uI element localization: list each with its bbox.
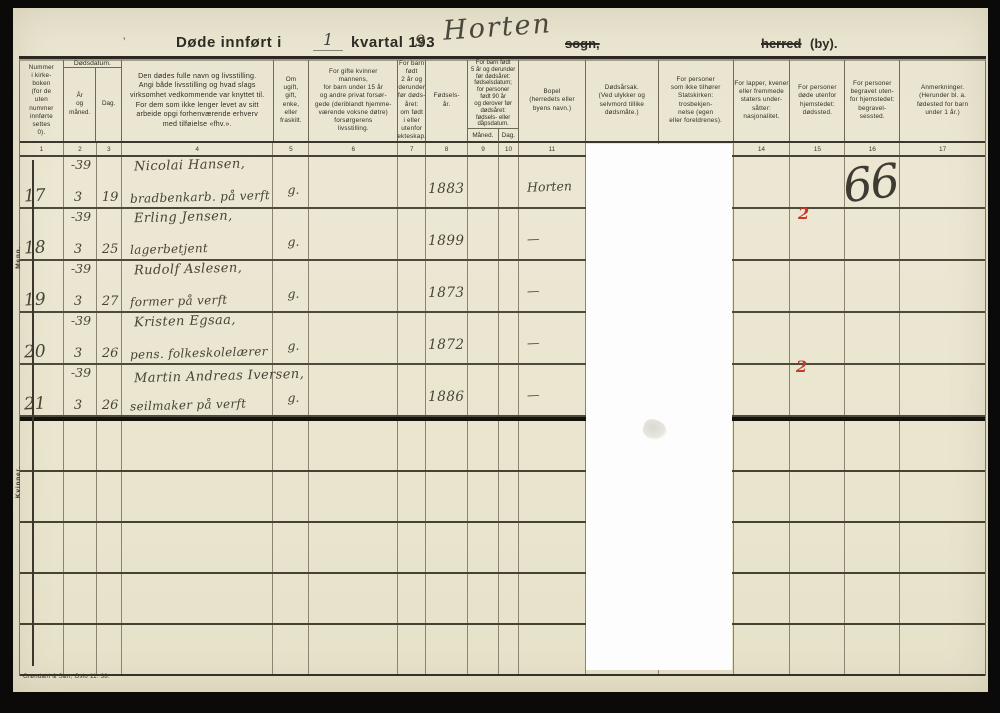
by-label: (by).	[810, 36, 837, 51]
cell-child	[398, 313, 426, 363]
cell-empty	[790, 523, 845, 572]
cell-empty	[468, 523, 499, 572]
col-num-3: 3	[97, 143, 122, 155]
handwritten-66-mark: 66	[840, 153, 901, 213]
cell-empty	[468, 574, 499, 623]
cell-empty	[309, 625, 398, 674]
cell-death-place	[790, 157, 845, 207]
place-name-handwritten: Horten	[442, 8, 553, 47]
cell-number: 17	[20, 157, 64, 207]
death-month: 3	[74, 190, 82, 205]
column-number-row: 1 2 3 4 5 6 7 8 9 10 11 12 13 14 15 16 1…	[20, 143, 985, 157]
cell-empty	[845, 625, 900, 674]
death-month: 3	[74, 242, 82, 257]
cell-day: 19	[97, 157, 122, 207]
cell-empty	[519, 472, 586, 521]
death-day: 27	[102, 294, 119, 309]
header-number: Nummer i kirke- boken (for de uten numme…	[20, 60, 64, 141]
cell-child	[398, 157, 426, 207]
section-label-women: Kvinner.	[15, 466, 22, 498]
cell-burial-place	[845, 209, 900, 259]
cell-provider	[309, 157, 398, 207]
deceased-occupation: lagerbetjent	[130, 241, 208, 257]
cell-empty	[20, 625, 64, 674]
row-number-handwritten: 17	[23, 185, 46, 206]
cell-residence: Horten	[519, 157, 586, 207]
marital-status: g.	[287, 390, 299, 405]
death-day: 26	[102, 398, 119, 413]
cell-empty	[97, 523, 122, 572]
cell-empty	[734, 472, 791, 521]
cell-empty	[900, 625, 985, 674]
table-top-rule	[19, 56, 986, 59]
cell-remarks	[900, 365, 985, 415]
cell-empty	[398, 625, 426, 674]
cell-name: Martin Andreas Iversen,seilmaker på verf…	[122, 365, 274, 415]
cell-empty	[20, 421, 64, 470]
cell-empty	[398, 472, 426, 521]
cell-nationality	[734, 209, 791, 259]
cell-provider	[309, 209, 398, 259]
residence: —	[527, 335, 540, 350]
header-nationality: For lapper, kvener eller fremmede stater…	[734, 60, 791, 141]
cell-nationality	[734, 261, 791, 311]
col-num-7: 7	[398, 143, 426, 155]
cell-empty	[309, 574, 398, 623]
cell-empty	[519, 523, 586, 572]
cell-empty	[64, 625, 97, 674]
cell-empty	[519, 625, 586, 674]
cell-name: Nicolai Hansen,bradbenkarb. på verft	[122, 157, 274, 207]
red-pencil-mark: 2	[796, 357, 807, 376]
cell-empty	[734, 421, 791, 470]
cell-remarks	[900, 157, 985, 207]
cell-empty	[398, 421, 426, 470]
cell-provider	[309, 261, 398, 311]
header-marital-status: Om ugift, gift, enke, eller fraskilt.	[274, 60, 310, 141]
marital-status: g.	[287, 182, 299, 197]
cell-empty	[122, 421, 274, 470]
death-month: 3	[74, 294, 82, 309]
cell-child	[398, 209, 426, 259]
cell-empty	[790, 421, 845, 470]
cell-empty	[97, 625, 122, 674]
death-day: 26	[102, 346, 119, 361]
cell-empty	[122, 472, 274, 521]
residence: Horten	[527, 178, 572, 195]
header-birth-date-group: For barn født 5 år og derunder før dødså…	[468, 60, 519, 141]
cell-empty	[64, 472, 97, 521]
empty-row	[20, 625, 985, 676]
marital-status: g.	[287, 234, 299, 249]
table-row: 21 -393 26 Martin Andreas Iversen,seilma…	[20, 365, 985, 417]
cell-number: 21	[20, 365, 64, 415]
cell-day: 26	[97, 365, 122, 415]
year-digit-handwritten: 9	[415, 31, 425, 50]
cell-empty	[122, 523, 274, 572]
cell-empty	[64, 574, 97, 623]
empty-row	[20, 421, 985, 472]
table-row: 20 -393 26 Kristen Egsaa,pens. folkeskol…	[20, 313, 985, 365]
cell-name: Erling Jensen,lagerbetjent	[122, 209, 274, 259]
birth-year: 1872	[428, 337, 464, 353]
cell-empty	[273, 625, 309, 674]
cell-birth-day	[499, 157, 519, 207]
cell-remarks	[900, 261, 985, 311]
cell-burial-place	[845, 313, 900, 363]
cell-empty	[20, 574, 64, 623]
cell-name: Rudolf Aslesen,former på verft	[122, 261, 274, 311]
row-number-handwritten: 21	[23, 393, 46, 414]
death-year: -39	[71, 261, 91, 276]
deceased-name: Nicolai Hansen,	[134, 157, 246, 175]
deceased-occupation: pens. folkeskolelærer	[130, 344, 268, 362]
cell-empty	[273, 574, 309, 623]
empty-row	[20, 574, 985, 625]
header-residence: Bopel (herredets eller byens navn.)	[519, 60, 586, 141]
empty-row	[20, 523, 985, 574]
death-date-subheaders: År og måned. Dag.	[64, 68, 121, 141]
cell-death-place	[790, 261, 845, 311]
cell-status: g.	[273, 209, 309, 259]
scanned-death-register-page: { "title": { "main": "Døde innført i", "…	[0, 0, 1000, 713]
cell-residence: —	[519, 313, 586, 363]
col-num-2: 2	[64, 143, 97, 155]
col-num-6: 6	[309, 143, 398, 155]
col-num-5: 5	[273, 143, 309, 155]
col-num-17: 17	[900, 143, 985, 155]
cell-empty	[468, 625, 499, 674]
header-birth-date-note: For barn født 5 år og derunder før dødså…	[468, 60, 518, 128]
header-death-place: For personer døde utenfor hjemstedet: dø…	[790, 60, 845, 141]
cell-empty	[426, 421, 468, 470]
cell-birth-day	[499, 261, 519, 311]
birth-year: 1899	[428, 233, 464, 249]
cell-provider	[309, 365, 398, 415]
header-day: Dag.	[96, 68, 121, 141]
empty-row	[20, 472, 985, 523]
cell-empty	[64, 421, 97, 470]
cell-provider	[309, 313, 398, 363]
cell-birth-day	[499, 313, 519, 363]
cell-birth-year: 1899	[426, 209, 468, 259]
col-num-4: 4	[122, 143, 274, 155]
col-num-9: 9	[468, 143, 499, 155]
sogn-label-struck: sogn,	[565, 36, 600, 51]
cell-empty	[20, 523, 64, 572]
section-label-men: Menn.	[15, 246, 22, 269]
cell-residence: —	[519, 209, 586, 259]
col-num-1: 1	[20, 143, 64, 155]
cell-empty	[900, 574, 985, 623]
cell-birth-year: 1873	[426, 261, 468, 311]
cell-empty	[499, 421, 519, 470]
marital-status: g.	[287, 286, 299, 301]
cell-year-month: -393	[64, 365, 97, 415]
cell-empty	[900, 472, 985, 521]
cell-birth-month	[468, 313, 499, 363]
cell-empty	[468, 472, 499, 521]
death-month: 3	[74, 346, 82, 361]
cell-empty	[499, 574, 519, 623]
table-row: 19 -393 27 Rudolf Aslesen,former på verf…	[20, 261, 985, 313]
header-birth-month: Måned.	[468, 129, 498, 142]
table-header-row: Nummer i kirke- boken (for de uten numme…	[20, 60, 985, 143]
cell-status: g.	[273, 313, 309, 363]
printer-imprint: Grøndahl & Søn, Oslo 11. 38.	[23, 674, 110, 680]
death-year: -39	[71, 313, 91, 328]
cell-empty	[519, 421, 586, 470]
cell-birth-year: 1886	[426, 365, 468, 415]
death-month: 3	[74, 398, 82, 413]
header-creed: For personer som ikke tilhører Statskirk…	[659, 60, 734, 141]
cell-number: 19	[20, 261, 64, 311]
cell-child	[398, 365, 426, 415]
page-title: Døde innført i	[176, 34, 282, 51]
cell-number: 18	[20, 209, 64, 259]
cell-burial-place	[845, 365, 900, 415]
herred-label-struck: herred	[761, 36, 801, 51]
deceased-occupation: former på verft	[130, 293, 228, 310]
cell-empty	[97, 421, 122, 470]
register-table: Nummer i kirke- boken (for de uten numme…	[19, 60, 986, 676]
cell-empty	[97, 574, 122, 623]
table-row: 18 -393 25 Erling Jensen,lagerbetjent g.…	[20, 209, 985, 261]
cell-empty	[426, 574, 468, 623]
cell-birth-day	[499, 365, 519, 415]
stray-pen-mark: ’	[123, 36, 125, 48]
cell-birth-year: 1883	[426, 157, 468, 207]
header-death-date-group: Dødsdatum. År og måned. Dag.	[64, 60, 122, 141]
deceased-occupation: bradbenkarb. på verft	[130, 188, 270, 206]
cell-empty	[309, 421, 398, 470]
residence: —	[527, 231, 540, 246]
cell-residence: —	[519, 261, 586, 311]
cell-empty	[900, 523, 985, 572]
cell-empty	[20, 472, 64, 521]
cell-nationality	[734, 365, 791, 415]
deceased-name: Erling Jensen,	[134, 209, 233, 227]
cell-empty	[790, 625, 845, 674]
header-birth-day: Dag.	[499, 129, 519, 142]
header-child-under-2: For barn født 2 år og derunder før døds-…	[398, 60, 426, 141]
cell-empty	[845, 523, 900, 572]
row-number-handwritten: 19	[23, 289, 46, 310]
residence: —	[527, 283, 540, 298]
cell-empty	[499, 625, 519, 674]
header-death-date: Dødsdatum.	[64, 60, 121, 68]
header-burial-place: For personer begravet uten- for hjemsted…	[845, 60, 900, 141]
quarter-handwritten: 1	[313, 30, 343, 51]
cell-empty	[398, 523, 426, 572]
birth-year: 1873	[428, 285, 464, 301]
cell-name: Kristen Egsaa,pens. folkeskolelærer	[122, 313, 274, 363]
cell-empty	[519, 574, 586, 623]
cell-empty	[734, 574, 791, 623]
cell-burial-place	[845, 261, 900, 311]
cell-status: g.	[273, 365, 309, 415]
cell-empty	[790, 574, 845, 623]
cell-year-month: -393	[64, 209, 97, 259]
death-year: -39	[71, 209, 91, 224]
cell-day: 27	[97, 261, 122, 311]
left-margin-rule	[32, 160, 34, 666]
red-pencil-mark: 2	[798, 204, 809, 223]
cell-empty	[468, 421, 499, 470]
deceased-name: Kristen Egsaa,	[134, 313, 236, 331]
header-birth-year: Fødsels- år.	[426, 60, 468, 141]
title-period: .	[426, 34, 430, 51]
cell-birth-month	[468, 261, 499, 311]
cell-empty	[845, 421, 900, 470]
col-num-8: 8	[426, 143, 468, 155]
cell-empty	[499, 523, 519, 572]
cell-empty	[426, 523, 468, 572]
cell-year-month: -393	[64, 157, 97, 207]
header-provider-occupation: For gifte kvinner mannens, for barn unde…	[309, 60, 398, 141]
col-num-11: 11	[519, 143, 586, 155]
cell-birth-month	[468, 209, 499, 259]
birth-year: 1883	[428, 181, 464, 197]
cell-empty	[790, 472, 845, 521]
register-page: ’ Døde innført i 1 kvartal 193 9 . Horte…	[13, 8, 988, 692]
row-number-handwritten: 18	[23, 237, 46, 258]
death-day: 25	[102, 242, 119, 257]
cell-empty	[398, 574, 426, 623]
cell-empty	[845, 472, 900, 521]
cell-empty	[900, 421, 985, 470]
col-num-14: 14	[734, 143, 791, 155]
cell-empty	[426, 625, 468, 674]
cell-empty	[309, 472, 398, 521]
death-year: -39	[71, 365, 91, 380]
cell-birth-day	[499, 209, 519, 259]
cell-empty	[734, 625, 791, 674]
cell-empty	[273, 421, 309, 470]
cell-year-month: -393	[64, 261, 97, 311]
cell-remarks	[900, 209, 985, 259]
deceased-occupation: seilmaker på verft	[130, 396, 247, 413]
header-year-month: År og måned.	[64, 68, 96, 141]
cell-empty	[309, 523, 398, 572]
marital-status: g.	[287, 338, 299, 353]
header-remarks: Anmerkninger. (Herunder bl. a. fødested …	[900, 60, 985, 141]
cell-year-month: -393	[64, 313, 97, 363]
cell-residence: —	[519, 365, 586, 415]
cell-empty	[97, 472, 122, 521]
cell-empty	[273, 472, 309, 521]
row-number-handwritten: 20	[23, 341, 46, 362]
birth-year: 1886	[428, 389, 464, 405]
cell-birth-year: 1872	[426, 313, 468, 363]
cell-empty	[122, 625, 274, 674]
col-num-15: 15	[790, 143, 845, 155]
cell-birth-month	[468, 157, 499, 207]
cell-death-place	[790, 313, 845, 363]
birth-date-subheaders: Måned. Dag.	[468, 128, 518, 142]
cell-empty	[64, 523, 97, 572]
cell-empty	[426, 472, 468, 521]
cell-empty	[122, 574, 274, 623]
cell-status: g.	[273, 157, 309, 207]
cell-empty	[734, 523, 791, 572]
cell-remarks	[900, 313, 985, 363]
residence: —	[527, 387, 540, 402]
cell-empty	[499, 472, 519, 521]
death-year: -39	[71, 157, 91, 172]
cell-empty	[845, 574, 900, 623]
cell-empty	[273, 523, 309, 572]
cell-number: 20	[20, 313, 64, 363]
redaction-overlay	[586, 144, 732, 670]
cell-birth-month	[468, 365, 499, 415]
header-full-name: Den dødes fulle navn og livsstilling. An…	[122, 60, 274, 141]
cell-day: 26	[97, 313, 122, 363]
cell-nationality	[734, 157, 791, 207]
cell-status: g.	[273, 261, 309, 311]
cell-child	[398, 261, 426, 311]
col-num-10: 10	[499, 143, 519, 155]
cell-nationality	[734, 313, 791, 363]
cell-day: 25	[97, 209, 122, 259]
header-cause-of-death: Dødsårsak. (Ved ulykker og selvmord till…	[586, 60, 659, 141]
death-day: 19	[102, 190, 119, 205]
deceased-name: Rudolf Aslesen,	[134, 261, 243, 279]
